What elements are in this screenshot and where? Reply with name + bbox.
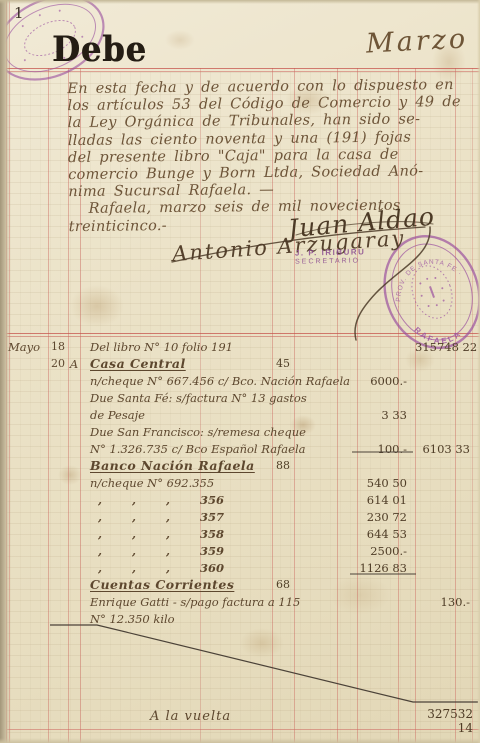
- rule-horizontal: [0, 336, 480, 337]
- rule-horizontal: [0, 729, 480, 730]
- ledger-cell-desc: Due San Francisco: s/remesa cheque: [80, 425, 272, 439]
- ledger-cell-desc: n/cheque N° 692.355: [80, 476, 272, 490]
- ledger-cell-desc: N° 1.326.735 c/ Bco Español Rafaela: [80, 442, 272, 456]
- page-edge-bottom: [0, 738, 480, 743]
- ledger-row: , , , 357230 72: [0, 508, 474, 525]
- ledger-cell-desc: , , , 358: [80, 527, 272, 541]
- ledger-cell-amt1: 644 53: [337, 527, 415, 541]
- ledger-cell-amt1: 614 01: [337, 493, 415, 507]
- ledger-row: , , , 356614 01: [0, 491, 474, 508]
- ledger-cell-amt2: 6103 33: [415, 442, 474, 456]
- rule-horizontal: [0, 333, 480, 334]
- ledger-cell-desc: N° 12.350 kilo: [80, 612, 272, 626]
- ledger-cell-folio: 68: [272, 578, 294, 591]
- ledger-row: Enrique Gatti - s/pago factura a 115130.…: [0, 593, 474, 610]
- ledger-row: n/cheque N° 692.355540 50: [0, 474, 474, 491]
- ledger-row: , , , 3592500.-: [0, 542, 474, 559]
- ledger-page: · PROV. DE SANTA FE · RAFAELA 1 Debe Mar…: [0, 0, 480, 743]
- ledger-cell-day: 18: [48, 340, 68, 353]
- stain: [165, 30, 195, 50]
- carry-forward-label: A la vuelta: [150, 709, 231, 724]
- ledger-cell-folio: 88: [272, 459, 294, 472]
- ledger-cell-desc: , , , 357: [80, 510, 272, 524]
- ledger-cell-desc: Due Santa Fé: s/factura N° 13 gastos: [80, 391, 272, 405]
- ledger-row: Due San Francisco: s/remesa cheque: [0, 423, 474, 440]
- page-number: 1: [14, 4, 24, 22]
- ledger-cell-amt1: 2500.-: [337, 544, 415, 558]
- page-edge-left: [0, 0, 10, 743]
- ledger-row: n/cheque N° 667.456 c/ Bco. Nación Rafae…: [0, 372, 474, 389]
- ledger-cell-amt1: 6000.-: [337, 374, 415, 388]
- ledger-rows: Mayo18Del libro N° 10 folio 191315748 22…: [0, 338, 474, 627]
- stain: [240, 628, 284, 658]
- carry-forward-total: 327532 14: [413, 707, 473, 735]
- ledger-cell-ref: A: [68, 357, 80, 371]
- ledger-cell-desc: n/cheque N° 667.456 c/ Bco. Nación Rafae…: [80, 374, 272, 388]
- ledger-cell-amt1: 1126 83: [337, 561, 415, 575]
- ledger-cell-desc: Del libro N° 10 folio 191: [80, 340, 272, 354]
- stamp-emblem: [416, 274, 449, 310]
- rule-horizontal: [0, 71, 480, 72]
- page-edge-top: [0, 0, 480, 4]
- ledger-row: 20ACasa Central45: [0, 355, 474, 372]
- ledger-cell-amt2: 130.-: [415, 595, 474, 609]
- ledger-cell-desc: Enrique Gatti - s/pago factura a 115: [80, 595, 272, 609]
- ledger-row: Banco Nación Rafaela88: [0, 457, 474, 474]
- ledger-row: N° 12.350 kilo: [0, 610, 474, 627]
- ledger-cell-amt1: 230 72: [337, 510, 415, 524]
- ledger-row: , , , 3601126 83: [0, 559, 474, 576]
- ledger-row: Due Santa Fé: s/factura N° 13 gastos: [0, 389, 474, 406]
- ledger-cell-desc: Cuentas Corrientes: [80, 577, 272, 592]
- ledger-cell-desc: , , , 356: [80, 493, 272, 507]
- ledger-cell-desc: , , , 359: [80, 544, 272, 558]
- ledger-cell-desc: Banco Nación Rafaela: [80, 458, 272, 473]
- ledger-row: N° 1.326.735 c/ Bco Español Rafaela100.-…: [0, 440, 474, 457]
- ledger-cell-amt2: 315748 22: [415, 340, 474, 354]
- month-header: Marzo: [365, 23, 469, 59]
- ledger-cell-amt1: 100.-: [337, 442, 415, 456]
- debit-header: Debe: [52, 28, 147, 69]
- ledger-row: Cuentas Corrientes68: [0, 576, 474, 593]
- ledger-cell-desc: , , , 360: [80, 561, 272, 575]
- ledger-cell-desc: Casa Central: [80, 356, 272, 371]
- ledger-cell-day: 20: [48, 357, 68, 370]
- ledger-row: de Pesaje3 33: [0, 406, 474, 423]
- ledger-row: Mayo18Del libro N° 10 folio 191315748 22: [0, 338, 474, 355]
- ledger-cell-amt1: 3 33: [337, 408, 415, 422]
- ledger-row: , , , 358644 53: [0, 525, 474, 542]
- closing-rule: [50, 625, 478, 702]
- stain: [70, 285, 124, 327]
- secretary-name-stamp: J. P. IRIBURU SECRETARIO: [295, 247, 366, 266]
- secretary-stamp-title: SECRETARIO: [295, 256, 366, 266]
- ledger-cell-amt1: 540 50: [337, 476, 415, 490]
- ledger-cell-folio: 45: [272, 357, 294, 370]
- ledger-cell-desc: de Pesaje: [80, 408, 272, 422]
